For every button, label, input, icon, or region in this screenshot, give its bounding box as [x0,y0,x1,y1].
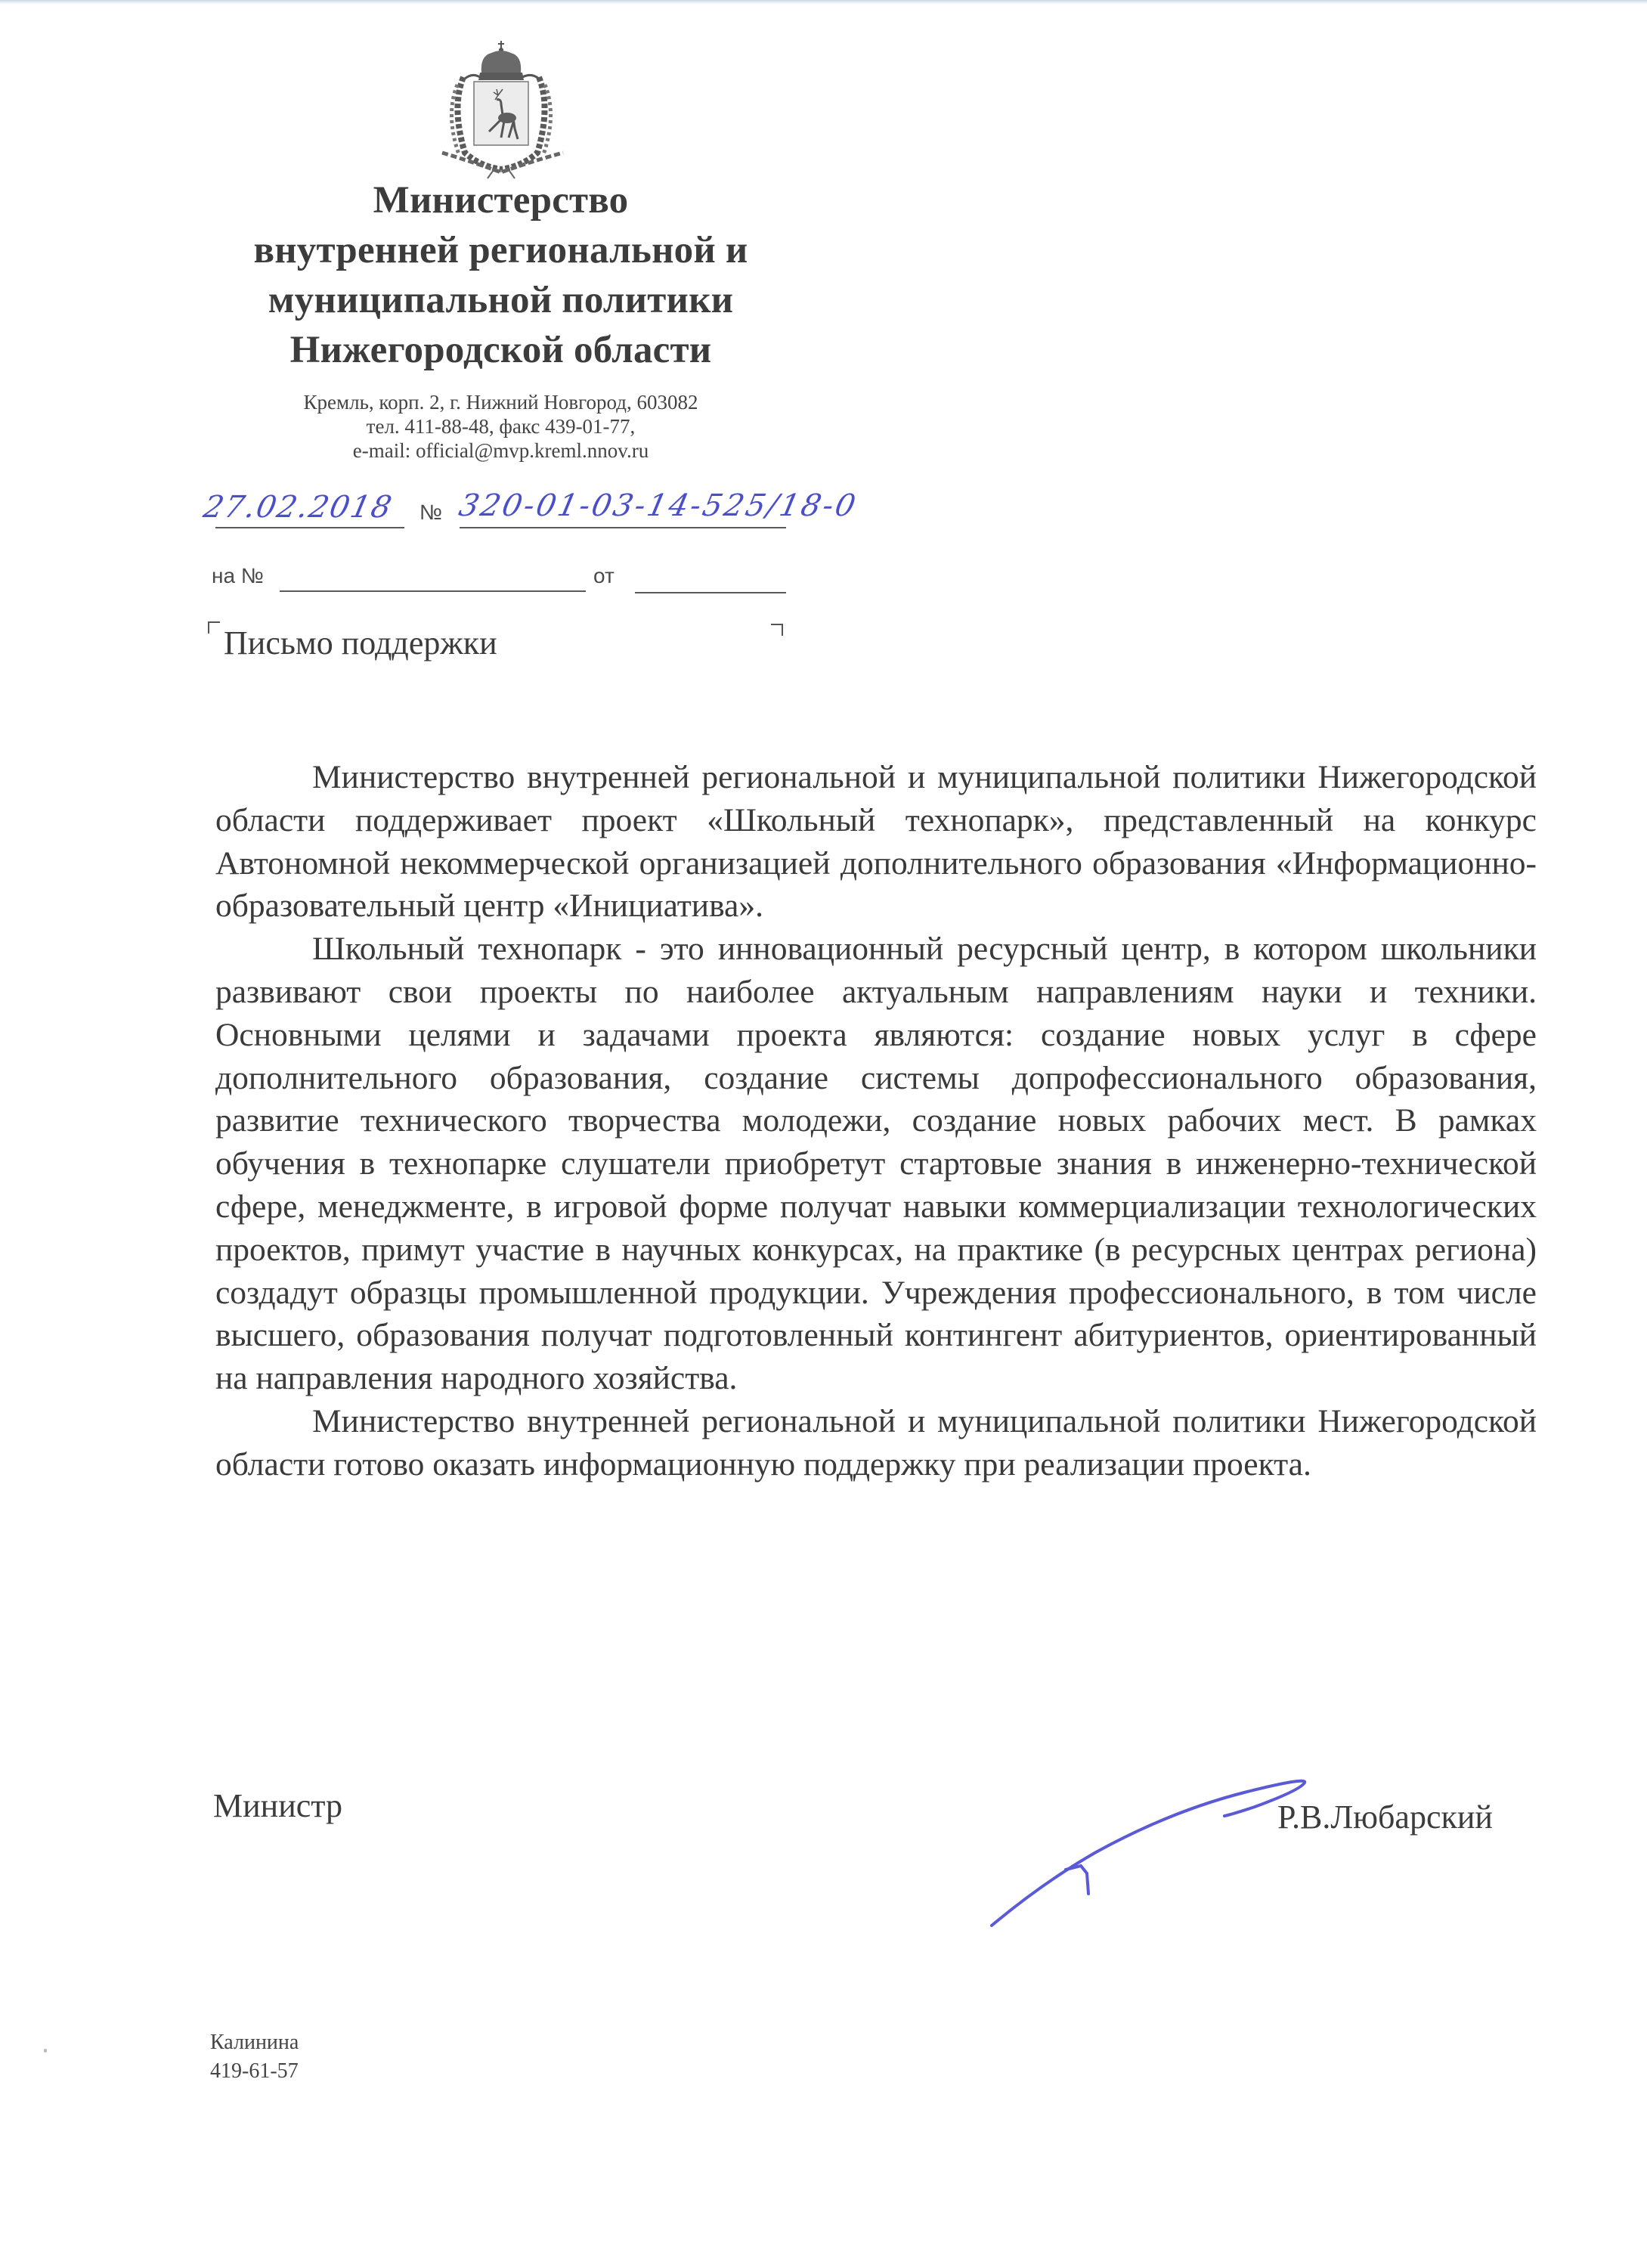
body-paragraph: Школьный технопарк - это инновационный р… [215,928,1537,1400]
executor-info: Калинина 419-61-57 [210,2028,299,2086]
registration-date: 27.02.2018 [200,490,396,525]
subject: Письмо поддержки [224,624,497,662]
date-underline [215,527,404,528]
org-contacts: Кремль, корп. 2, г. Нижний Новгород, 603… [181,390,820,463]
reply-to-label: на № [212,564,264,588]
coat-of-arms-icon [435,39,571,179]
number-underline [460,527,786,528]
number-label: № [419,500,442,525]
handwritten-signature-icon [975,1761,1323,1943]
subject-corner-right [771,624,783,636]
subject-corner-left [208,621,220,634]
body-paragraph: Министерство внутренней региональной и м… [215,1400,1537,1486]
org-name-line: внутренней региональной и [181,225,820,275]
org-header: Министерство внутренней региональной и м… [181,175,820,463]
scan-speck [44,2049,47,2053]
org-name-line: муниципальной политики [181,275,820,325]
from-date-field [635,592,786,593]
email: e-mail: official@mvp.kreml.nnov.ru [181,438,820,463]
registration-number: 320-01-03-14-525/18-0 [456,488,861,523]
signatory-name: Р.В.Любарский [1277,1798,1493,1836]
executor-phone: 419-61-57 [210,2057,299,2086]
phone-fax: тел. 411-88-48, факс 439-01-77, [181,414,820,438]
signatory-title: Министр [213,1786,342,1825]
org-name-line: Министерство [181,175,820,225]
from-label: от [593,564,615,588]
body-paragraph: Министерство внутренней региональной и м… [215,756,1537,928]
address: Кремль, корп. 2, г. Нижний Новгород, 603… [181,390,820,414]
org-name-line: Нижегородской области [181,325,820,375]
reply-to-field [280,590,586,592]
scan-edge [0,0,1647,5]
executor-name: Калинина [210,2028,299,2057]
letter-body: Министерство внутренней региональной и м… [215,756,1537,1486]
